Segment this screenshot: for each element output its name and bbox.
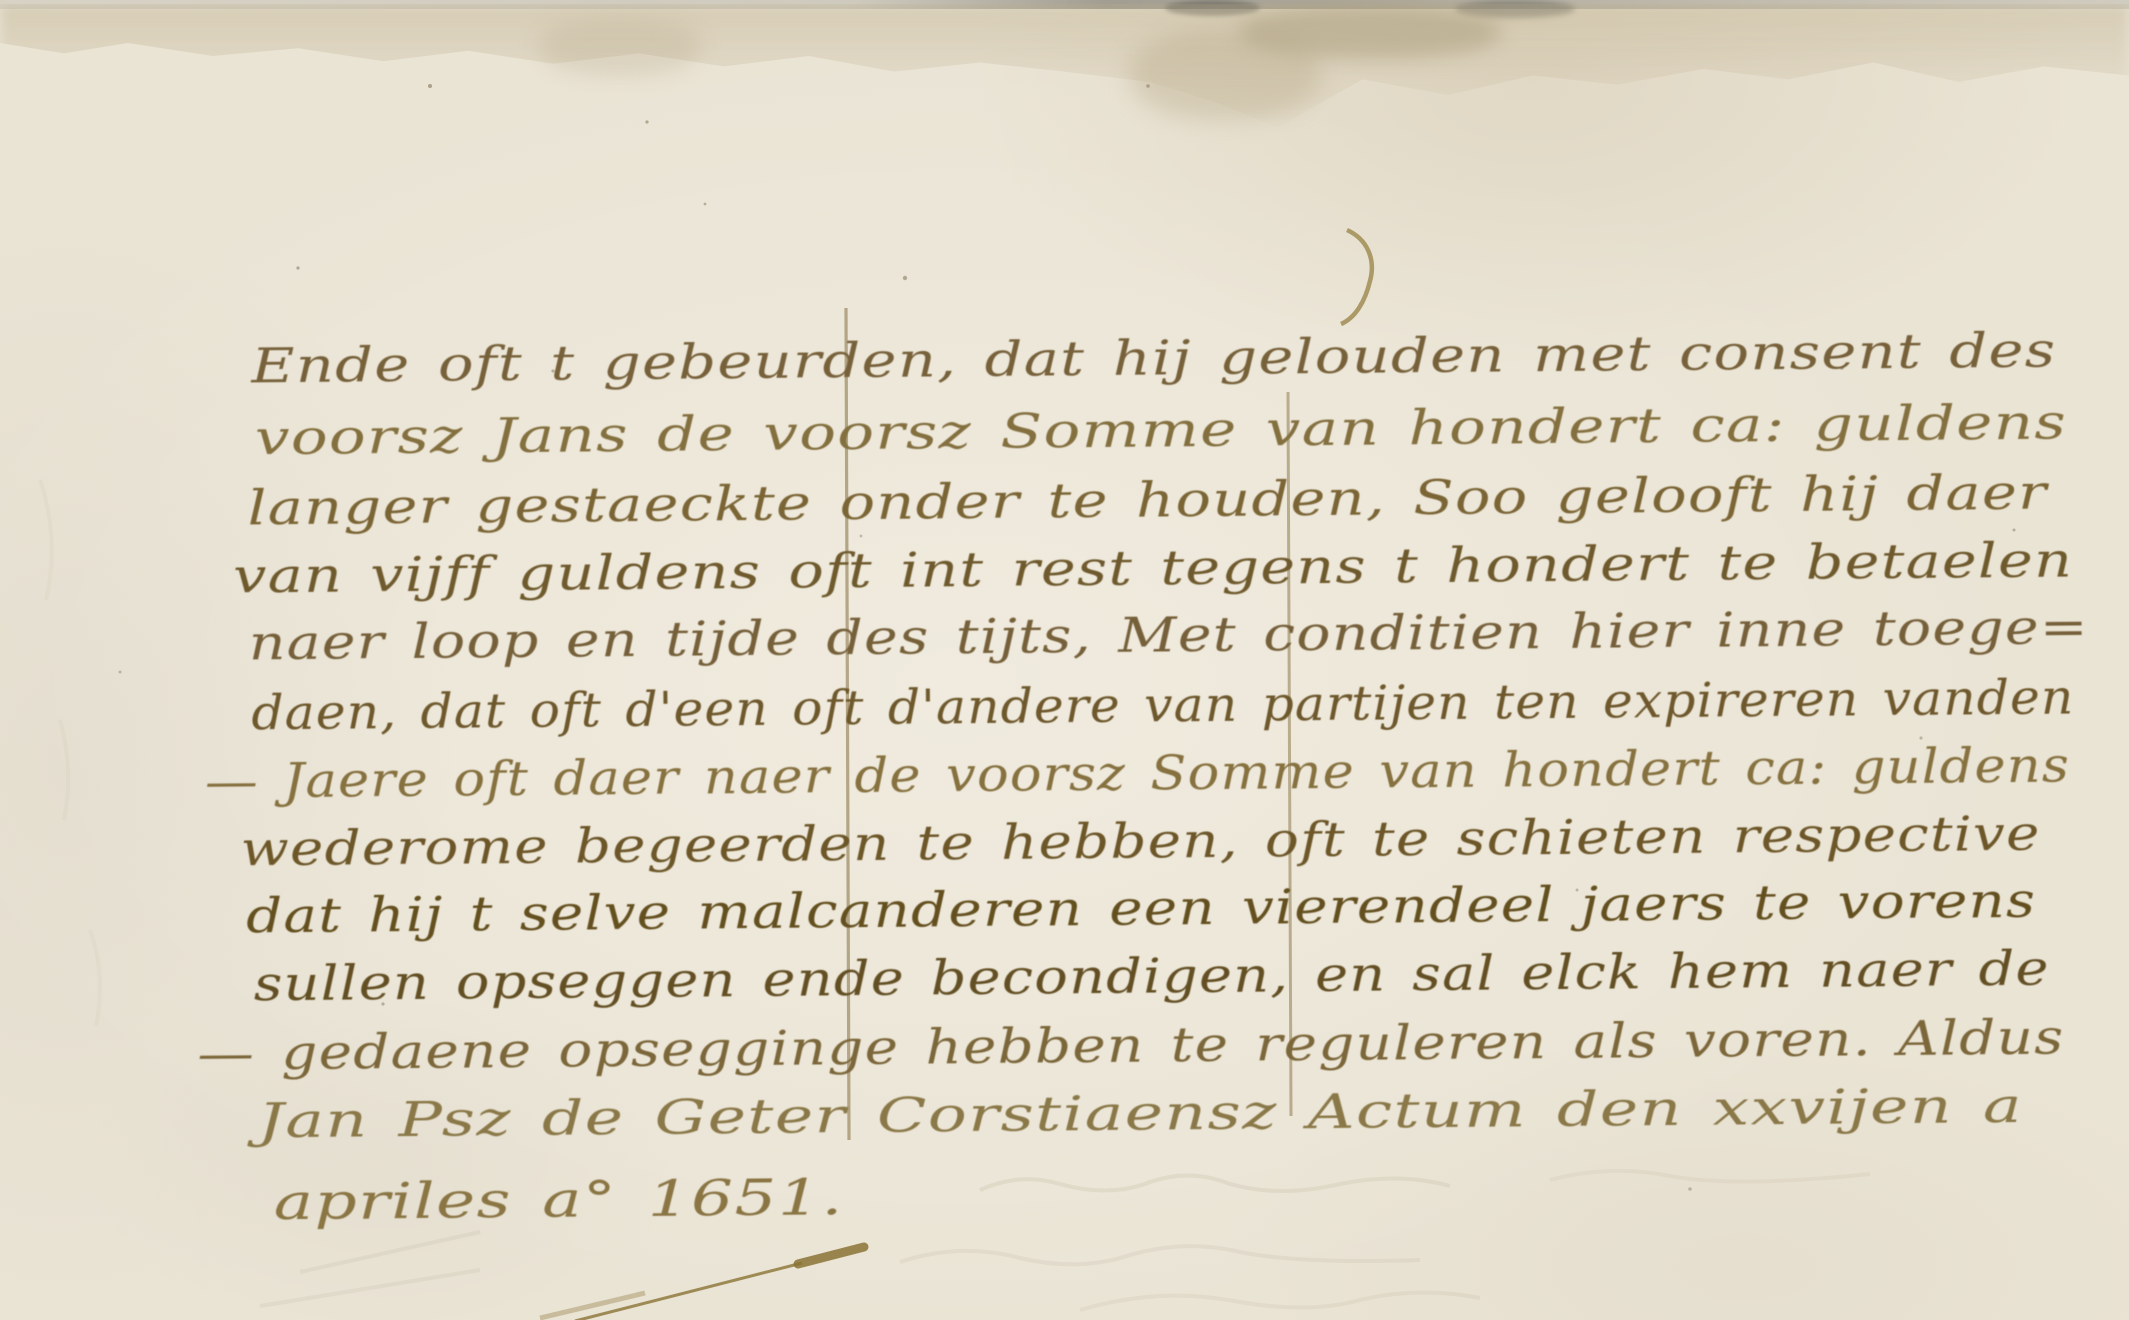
pen-curl-mark bbox=[1341, 230, 1372, 324]
manuscript-text: Ende oft t gebeurden, dat hij gelouden m… bbox=[191, 322, 2094, 1232]
manuscript-line-10: sullen opseggen ende becondigen, en sal … bbox=[254, 941, 2050, 1013]
manuscript-line-3: langer gestaeckte onder te houden, Soo g… bbox=[247, 465, 2050, 537]
manuscript-art: Ende oft t gebeurden, dat hij gelouden m… bbox=[0, 0, 2129, 1320]
manuscript-line-2: voorsz Jans de voorsz Somme van hondert … bbox=[255, 395, 2067, 467]
manuscript-page: Ende oft t gebeurden, dat hij gelouden m… bbox=[0, 0, 2129, 1320]
manuscript-line-8: wederome begeerden te hebben, oft te sch… bbox=[240, 806, 2040, 878]
pen-flourish bbox=[540, 1247, 864, 1320]
manuscript-line-7: — Jaere oft daer naer de voorsz Somme va… bbox=[205, 738, 2070, 810]
manuscript-line-5: naer loop en tijde des tijts, Met condit… bbox=[249, 599, 2089, 671]
manuscript-line-11: — gedaene opsegginge hebben te reguleren… bbox=[197, 1010, 2064, 1082]
manuscript-line-9: dat hij t selve malcanderen een vierende… bbox=[246, 873, 2036, 945]
manuscript-line-6: daen, dat oft d'een oft d'andere van par… bbox=[251, 669, 2074, 741]
manuscript-line-13: apriles a° 1651. bbox=[273, 1168, 843, 1231]
manuscript-line-12: Jan Psz de Geter Corstiaensz Actum den x… bbox=[246, 1078, 2024, 1150]
manuscript-line-4: van vijff guldens oft int rest tegens t … bbox=[233, 533, 2073, 605]
manuscript-line-1: Ende oft t gebeurden, dat hij gelouden m… bbox=[250, 323, 2057, 395]
